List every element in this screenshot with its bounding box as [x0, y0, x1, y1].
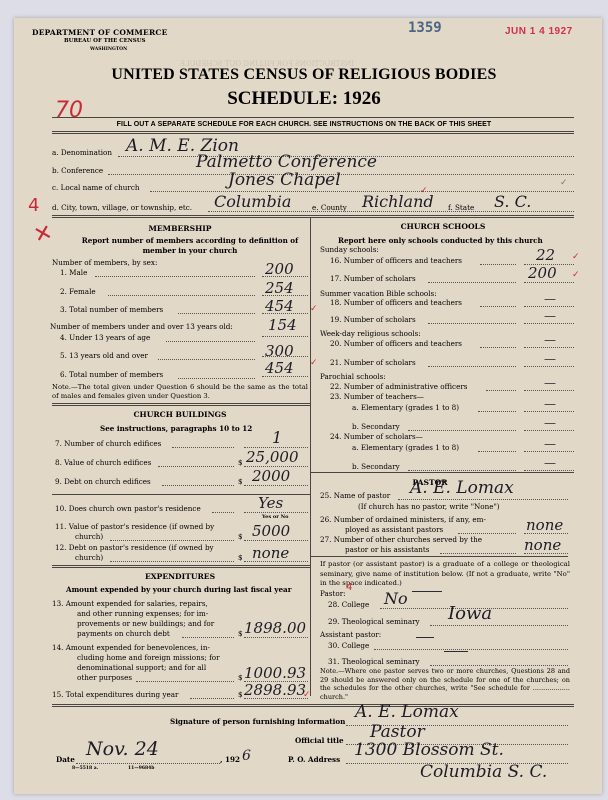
- q14-value: 1000.93: [244, 664, 306, 682]
- graduate-note: If pastor (or assistant pastor) is a gra…: [320, 560, 570, 589]
- fill-line: [182, 637, 234, 638]
- q4-label: 4. Under 13 years of age: [60, 333, 150, 342]
- buildings-subheading: See instructions, paragraphs 10 to 12: [100, 424, 252, 433]
- q15-dollar-sign: $: [238, 690, 243, 699]
- official-title-value: Pastor: [370, 722, 425, 742]
- answer-line: [524, 306, 574, 307]
- q25-value: A. E. Lomax: [410, 478, 514, 498]
- q5-label: 5. 13 years old and over: [60, 351, 148, 360]
- fill-line: [480, 264, 516, 265]
- local-name-value: Jones Chapel: [228, 170, 341, 190]
- fill-line: [208, 211, 574, 212]
- q1-label: 1. Male: [60, 268, 87, 277]
- buildings-heading: CHURCH BUILDINGS: [52, 410, 308, 419]
- fill-line: [430, 665, 568, 666]
- parochial-schools-label: Parochial schools:: [320, 372, 386, 381]
- document-subtitle: SCHEDULE: 1926: [0, 88, 608, 110]
- membership-heading: MEMBERSHIP: [52, 224, 308, 233]
- answer-line: [244, 512, 308, 513]
- membership-subheading: Report number of members according to de…: [70, 236, 310, 256]
- address-label: P. O. Address: [288, 755, 340, 764]
- q10-hint: Yes or No: [262, 514, 289, 520]
- answer-line: [244, 485, 308, 486]
- form-code-2: 11—9684b: [128, 766, 154, 771]
- fill-line: [108, 174, 574, 175]
- fill-line: [166, 341, 255, 342]
- answer-line: [524, 430, 574, 431]
- q3-label: 3. Total number of members: [60, 305, 163, 314]
- fill-line: [480, 306, 516, 307]
- q15-label: 15. Total expenditures during year: [52, 690, 178, 699]
- q12-label: 12. Debt on pastor's residence (if owned…: [55, 543, 214, 552]
- date-label: Date: [56, 755, 75, 764]
- pen-stroke: [412, 591, 442, 592]
- fill-line: [440, 553, 516, 554]
- q11-value: 5000: [252, 522, 290, 540]
- answer-line: [262, 336, 308, 337]
- fill-line: [158, 359, 255, 360]
- q30-label: 30. College: [328, 641, 369, 650]
- q2-label: 2. Female: [60, 287, 96, 296]
- fill-line: [158, 466, 234, 467]
- q25-label: 25. Name of pastor: [320, 491, 390, 500]
- fill-line: [178, 313, 255, 314]
- q24b-value: —: [544, 456, 556, 470]
- fill-line: [428, 282, 516, 283]
- q26-line1: 26. Number of ordained ministers, if any…: [320, 515, 486, 524]
- q24a-label: a. Elementary (grades 1 to 8): [352, 443, 459, 452]
- q19-label: 19. Number of scholars: [330, 315, 416, 324]
- fill-line: [110, 561, 234, 562]
- fill-line: [478, 411, 516, 412]
- q23a-label: a. Elementary (grades 1 to 8): [352, 403, 459, 412]
- fill-line: [408, 470, 516, 471]
- q16-label: 16. Number of officers and teachers: [330, 256, 462, 265]
- fill-line: [178, 378, 255, 379]
- denomination-label: a. Denomination: [52, 148, 112, 157]
- official-title-label: Official title: [295, 736, 344, 745]
- fill-line: [458, 533, 516, 534]
- q13-line3: provements or new buildings; and for: [77, 619, 214, 628]
- address-line2-value: Columbia S. C.: [420, 762, 547, 782]
- answer-line: [244, 540, 308, 541]
- year-prefix: , 192: [220, 755, 240, 764]
- q5-value: 300: [265, 342, 294, 360]
- q29-value: Iowa: [448, 603, 492, 624]
- red-annotation-70: 70: [55, 98, 83, 123]
- bureau-heading: BUREAU OF THE CENSUS: [64, 38, 146, 44]
- q23a-value: —: [544, 397, 556, 411]
- fill-line: [136, 681, 234, 682]
- q14-line2: cluding home and foreign missions; for: [77, 653, 220, 662]
- q21-label: 21. Number of scholars: [330, 358, 416, 367]
- schedule-number-stamp: 1359: [408, 20, 442, 36]
- q10-value: Yes: [258, 494, 283, 512]
- q26-value: none: [526, 516, 563, 534]
- divider: [52, 704, 574, 707]
- q13-line1: 13. Amount expended for salaries, repair…: [52, 599, 208, 608]
- fill-line: [172, 447, 234, 448]
- local-name-label: c. Local name of church: [52, 183, 140, 192]
- pastor-sublabel: Pastor:: [320, 589, 346, 598]
- q9-value: 2000: [252, 467, 290, 485]
- membership-note: Note.—The total given under Question 6 s…: [52, 383, 308, 401]
- city-heading: WASHINGTON: [90, 47, 127, 52]
- sunday-schools-label: Sunday schools:: [320, 245, 379, 254]
- fill-line: [398, 499, 568, 500]
- q23b-label: b. Secondary: [352, 422, 400, 431]
- fill-line: [486, 390, 516, 391]
- summer-schools-label: Summer vacation Bible schools:: [320, 289, 437, 298]
- red-check-icon: ✓: [310, 358, 318, 368]
- city-label: d. City, town, village, or township, etc…: [52, 203, 192, 212]
- q3-value: 454: [265, 297, 294, 315]
- q13-dollar-sign: $: [238, 629, 243, 638]
- q29-label: 29. Theological seminary: [328, 617, 420, 626]
- answer-line: [524, 366, 574, 367]
- q13-value: 1898.00: [244, 619, 306, 637]
- q9-label: 9. Debt on church edifices: [55, 477, 151, 486]
- q6-label: 6. Total number of members: [60, 370, 163, 379]
- fill-line: [428, 366, 516, 367]
- column-divider: [310, 218, 311, 696]
- q20-value: —: [544, 333, 556, 347]
- q4-value: 154: [268, 316, 297, 334]
- q17-label: 17. Number of scholars: [330, 274, 416, 283]
- q8-value: 25,000: [246, 448, 299, 466]
- red-check-icon: ✓: [420, 186, 428, 196]
- divider: [52, 215, 574, 218]
- fill-line: [428, 323, 516, 324]
- divider: [52, 403, 310, 406]
- answer-line: [524, 347, 574, 348]
- q21-value: —: [544, 352, 556, 366]
- fill-line: [108, 295, 255, 296]
- red-check-icon: ✓: [303, 690, 311, 700]
- q13-line4: payments on church debt: [77, 629, 170, 638]
- fill-line: [408, 430, 516, 431]
- answer-line: [244, 637, 308, 638]
- q12-label-cont: church): [75, 553, 103, 562]
- fill-line: [76, 763, 220, 764]
- q14-line1: 14. Amount expended for benevolences, in…: [52, 643, 210, 652]
- weekday-schools-label: Week-day religious schools:: [320, 329, 421, 338]
- fill-line: [95, 276, 255, 277]
- fill-line: [430, 625, 568, 626]
- divider: [310, 556, 568, 557]
- q8-dollar-sign: $: [238, 458, 243, 467]
- year-value: 6: [242, 748, 251, 764]
- q28-label: 28. College: [328, 600, 369, 609]
- members-by-sex-label: Number of members, by sex:: [52, 258, 157, 267]
- q18-label: 18. Number of officers and teachers: [330, 298, 462, 307]
- divider: [52, 565, 310, 568]
- q14-line4: other purposes: [77, 673, 132, 682]
- q11-label-cont: church): [75, 532, 103, 541]
- signature-value: A. E. Lomax: [355, 702, 459, 722]
- q10-label: 10. Does church own pastor's residence: [55, 504, 201, 513]
- address-value: 1300 Blossom St.: [354, 740, 504, 760]
- q11-label: 11. Value of pastor's residence (if owne…: [55, 522, 214, 531]
- pastor-note: Note.—Where one pastor serves two or mor…: [320, 667, 570, 701]
- state-value: S. C.: [494, 192, 531, 211]
- q19-value: —: [544, 309, 556, 323]
- q15-value: 2898.93: [244, 681, 306, 699]
- red-check-icon: ✓: [572, 252, 580, 262]
- schools-heading: CHURCH SCHOOLS: [312, 222, 574, 231]
- divider: [52, 131, 574, 134]
- q17-value: 200: [528, 264, 557, 282]
- date-value: Nov. 24: [86, 738, 159, 760]
- q27-line2: pastor or his assistants: [345, 545, 430, 554]
- q24-label: 24. Number of scholars—: [330, 432, 423, 441]
- city-value: Columbia: [214, 192, 291, 211]
- fill-line: [190, 698, 234, 699]
- answer-line: [524, 323, 574, 324]
- pen-stroke: [444, 651, 468, 652]
- check-mark-icon: ✓: [560, 178, 568, 188]
- conference-value: Palmetto Conference: [196, 152, 377, 172]
- red-annotation-4: 4: [28, 195, 39, 216]
- department-heading: DEPARTMENT OF COMMERCE: [32, 28, 168, 37]
- q31-label: 31. Theological seminary: [328, 657, 420, 666]
- answer-line: [524, 390, 574, 391]
- conference-label: b. Conference: [52, 166, 103, 175]
- q8-label: 8. Value of church edifices: [55, 458, 151, 467]
- red-check-icon: ✓: [572, 270, 580, 280]
- q7-label: 7. Number of church edifices: [55, 439, 161, 448]
- q23b-value: —: [544, 416, 556, 430]
- q27-line1: 27. Number of other churches served by t…: [320, 535, 482, 544]
- q6-value: 454: [265, 359, 294, 377]
- instruction-banner: FILL OUT A SEPARATE SCHEDULE FOR EACH CH…: [0, 121, 608, 128]
- q1-value: 200: [265, 260, 294, 278]
- fill-line: [374, 649, 568, 650]
- q12-dollar-sign: $: [238, 553, 243, 562]
- q24b-label: b. Secondary: [352, 462, 400, 471]
- fill-line: [212, 512, 234, 513]
- q26-line2: ployed as assistant pastors: [345, 525, 443, 534]
- red-annotation-mark: 4: [346, 582, 352, 593]
- q14-dollar-sign: $: [238, 673, 243, 682]
- expenditures-heading: EXPENDITURES: [52, 572, 308, 581]
- fill-line: [480, 347, 516, 348]
- fill-line: [478, 451, 516, 452]
- document-title: UNITED STATES CENSUS OF RELIGIOUS BODIES: [0, 66, 608, 84]
- q25-hint: (If church has no pastor, write "None"): [358, 502, 500, 511]
- q2-value: 254: [265, 279, 294, 297]
- q28-value: No: [384, 589, 408, 608]
- q12-value: none: [252, 544, 289, 562]
- schools-subheading: Report here only schools conducted by th…: [338, 236, 543, 245]
- q7-value: 1: [272, 428, 282, 447]
- q11-dollar-sign: $: [238, 532, 243, 541]
- answer-line: [524, 470, 574, 471]
- answer-line: [524, 282, 574, 283]
- q18-value: —: [544, 292, 556, 306]
- fill-line: [162, 485, 234, 486]
- divider: [310, 472, 574, 473]
- q27-value: none: [524, 536, 561, 554]
- form-code-1: 8—5518 a.: [72, 766, 98, 771]
- q9-dollar-sign: $: [238, 477, 243, 486]
- q23-label: 23. Number of teachers—: [330, 392, 424, 401]
- signature-label: Signature of person furnishing informati…: [170, 717, 345, 726]
- q22-value: —: [544, 376, 556, 390]
- pen-stroke: [416, 637, 434, 638]
- q13-line2: and other running expenses; for im-: [77, 609, 208, 618]
- expenditures-subheading: Amount expended by your church during la…: [66, 585, 291, 594]
- q20-label: 20. Number of officers and teachers: [330, 339, 462, 348]
- q24a-value: —: [544, 437, 556, 451]
- members-age-label: Number of members under and over 13 year…: [50, 322, 233, 331]
- answer-line: [524, 451, 574, 452]
- q22-label: 22. Number of administrative officers: [330, 382, 467, 391]
- q14-line3: denominational support; and for all: [77, 663, 206, 672]
- q16-value: 22: [536, 246, 555, 264]
- red-check-icon: ✓: [310, 304, 318, 314]
- answer-line: [524, 411, 574, 412]
- divider: [52, 117, 574, 118]
- fill-line: [110, 540, 234, 541]
- assistant-pastor-label: Assistant pastor:: [320, 630, 381, 639]
- received-date-stamp: JUN 1 4 1927: [505, 26, 573, 37]
